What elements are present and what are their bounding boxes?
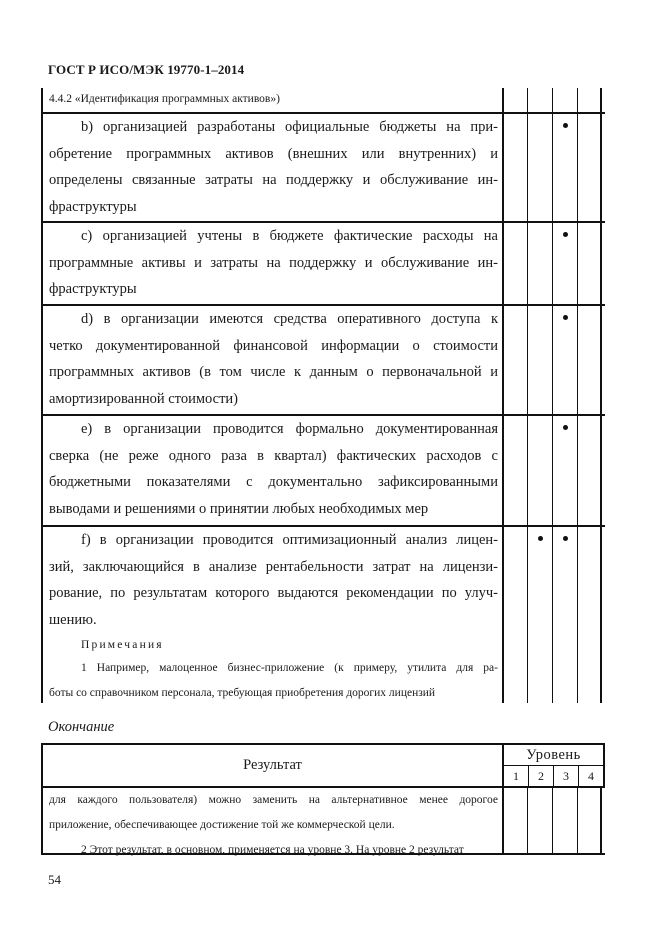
level-3-cell <box>552 114 577 221</box>
level-4-cell <box>577 88 602 112</box>
level-2-cell <box>527 88 552 112</box>
criterion-line: программные активы и затраты на поддержк… <box>49 250 498 277</box>
criterion-row-d: d) в организации имеются средства операт… <box>41 304 605 414</box>
criterion-row-b: b) организацией разработаны официальные … <box>41 112 605 221</box>
level-4-cell <box>577 416 602 525</box>
criterion-text-cell: c) организацией учтены в бюджете фактиче… <box>41 223 502 304</box>
results-table: Результат Уровень 1 2 3 4 для каждого по… <box>41 743 605 855</box>
criterion-text: c) организацией учтены в бюджете фактиче… <box>49 223 498 303</box>
level-title: Уровень <box>504 745 603 766</box>
bullet-mark-icon <box>563 536 568 541</box>
bullet-mark-icon <box>563 315 568 320</box>
level-numbers: 1 2 3 4 <box>504 766 603 786</box>
level-3-cell <box>552 88 577 112</box>
criterion-line: зий, заключающийся в анализе рентабельно… <box>49 554 498 581</box>
criterion-line: рование, по результатам которого выдаютс… <box>49 580 498 607</box>
level-number-4: 4 <box>578 766 603 786</box>
continuation-label: Окончание <box>48 719 114 736</box>
criterion-row-e: e) в организации проводится формально до… <box>41 414 605 525</box>
level-2-cell <box>527 306 552 414</box>
criterion-text-cell: e) в организации проводится формально до… <box>41 416 502 525</box>
criterion-line: бюджетными показателями с документально … <box>49 469 498 496</box>
criterion-line: обретение программных активов (внешних и… <box>49 141 498 168</box>
bullet-mark-icon <box>538 536 543 541</box>
document-header: ГОСТ Р ИСО/МЭК 19770-1–2014 <box>48 62 244 78</box>
level-3-cell <box>552 416 577 525</box>
level-1-cell <box>502 223 527 304</box>
criterion-line: программных активов (в том числе к данны… <box>49 359 498 386</box>
level-number-3: 3 <box>553 766 578 786</box>
results-body-row: для каждого пользователя) можно заменить… <box>41 788 605 853</box>
notes-heading: Примечания <box>49 634 498 656</box>
caption-cell: 4.4.2 «Идентификация программных активов… <box>41 88 502 112</box>
criterion-line: выводами и решениями о принятии любых не… <box>49 496 498 523</box>
level-2-cell <box>527 223 552 304</box>
level-2-cell <box>527 416 552 525</box>
criterion-text-cell: b) организацией разработаны официальные … <box>41 114 502 221</box>
bullet-mark-icon <box>563 123 568 128</box>
criterion-line: четко документированной финансовой инфор… <box>49 333 498 360</box>
criterion-line: фраструктуры <box>49 194 498 221</box>
criterion-text-cell: f) в организации проводится оптимизацион… <box>41 527 502 703</box>
result-column-header: Результат <box>41 745 502 786</box>
level-3-cell <box>552 306 577 414</box>
note-line: 1 Например, малоценное бизнес-приложение… <box>49 656 498 681</box>
criterion-line: b) организацией разработаны официальные … <box>49 114 498 141</box>
level-4-cell <box>577 223 602 304</box>
criteria-table: 4.4.2 «Идентификация программных активов… <box>41 88 605 703</box>
level-column-header: Уровень 1 2 3 4 <box>502 745 605 786</box>
level-1-cell <box>502 788 527 853</box>
level-4-cell <box>577 114 602 221</box>
note-line: боты со справочником персонала, требующа… <box>49 681 498 706</box>
results-line: приложение, обеспечивающее достижение то… <box>49 813 498 838</box>
criterion-line: f) в организации проводится оптимизацион… <box>49 527 498 554</box>
criterion-row-c: c) организацией учтены в бюджете фактиче… <box>41 221 605 304</box>
level-1-cell <box>502 88 527 112</box>
criterion-text-cell: d) в организации имеются средства операт… <box>41 306 502 414</box>
level-4-cell <box>577 306 602 414</box>
level-3-cell <box>552 223 577 304</box>
level-number-2: 2 <box>528 766 553 786</box>
criterion-line: c) организацией учтены в бюджете фактиче… <box>49 223 498 250</box>
bullet-mark-icon <box>563 425 568 430</box>
level-4-cell <box>577 527 602 703</box>
criterion-line: фраструктуры <box>49 276 498 303</box>
level-3-cell <box>552 527 577 703</box>
results-text-cell: для каждого пользователя) можно заменить… <box>41 788 502 853</box>
criterion-line: амортизированной стоимости) <box>49 386 498 413</box>
criterion-line: сверка (не реже одного раза в квартал) ф… <box>49 443 498 470</box>
criterion-text: f) в организации проводится оптимизацион… <box>49 527 498 634</box>
level-3-cell <box>552 788 577 853</box>
bullet-mark-icon <box>563 232 568 237</box>
criterion-row-f: f) в организации проводится оптимизацион… <box>41 525 605 703</box>
caption-row: 4.4.2 «Идентификация программных активов… <box>41 88 605 112</box>
criterion-line: e) в организации проводится формально до… <box>49 416 498 443</box>
level-2-cell <box>527 527 552 703</box>
criterion-line: d) в организации имеются средства операт… <box>49 306 498 333</box>
results-line: для каждого пользователя) можно заменить… <box>49 788 498 813</box>
criterion-line: шению. <box>49 607 498 634</box>
level-number-1: 1 <box>504 766 528 786</box>
criterion-text: d) в организации имеются средства операт… <box>49 306 498 413</box>
results-header-row: Результат Уровень 1 2 3 4 <box>41 745 605 788</box>
page-number: 54 <box>48 872 61 888</box>
level-2-cell <box>527 788 552 853</box>
level-1-cell <box>502 527 527 703</box>
level-4-cell <box>577 788 602 853</box>
section-caption: 4.4.2 «Идентификация программных активов… <box>49 88 498 110</box>
criterion-line: определены связанные затраты на поддержк… <box>49 167 498 194</box>
results-text: для каждого пользователя) можно заменить… <box>49 788 498 863</box>
criterion-text: e) в организации проводится формально до… <box>49 416 498 523</box>
note-text: 1 Например, малоценное бизнес-приложение… <box>49 656 498 706</box>
level-1-cell <box>502 416 527 525</box>
level-1-cell <box>502 114 527 221</box>
criterion-text: b) организацией разработаны официальные … <box>49 114 498 221</box>
results-line: 2 Этот результат, в основном, применяетс… <box>49 838 498 863</box>
level-1-cell <box>502 306 527 414</box>
level-2-cell <box>527 114 552 221</box>
